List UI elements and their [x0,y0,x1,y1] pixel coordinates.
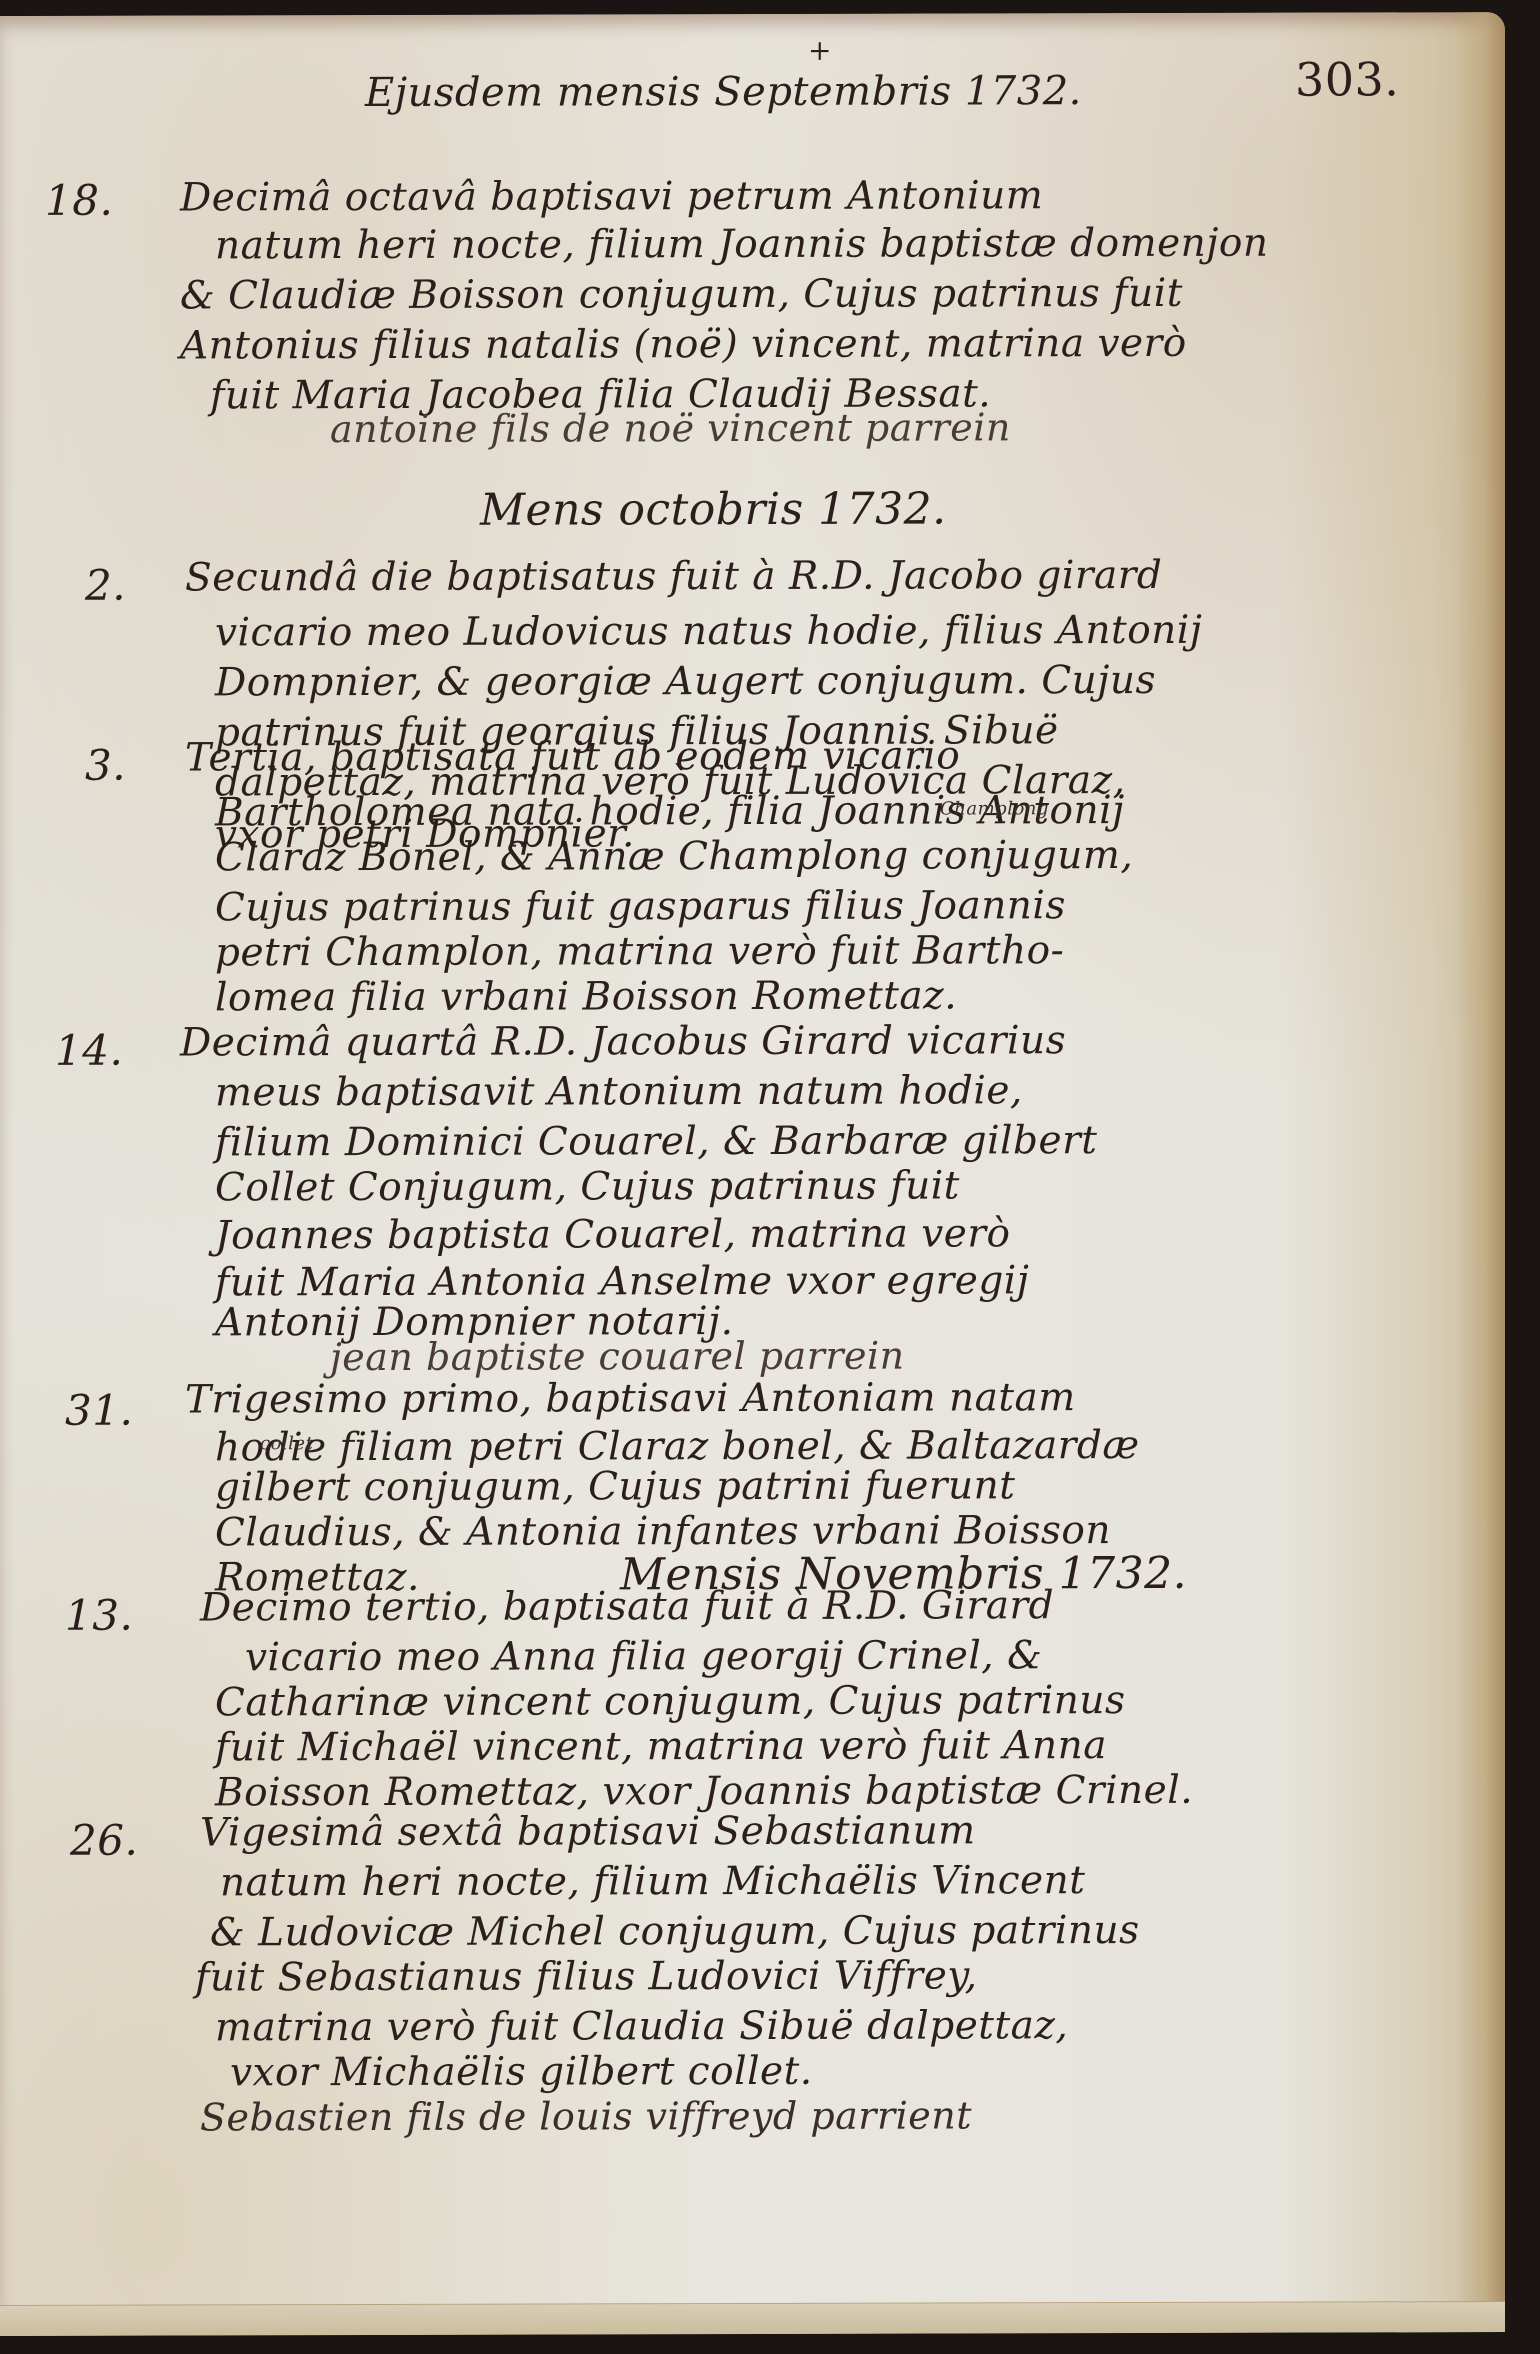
entry-3: 3. Tertia, baptisata fuit ab eodem vicar… [0,12,1505,16]
entry-14: 14. Decimâ quartâ R.D. Jacobus Girard vi… [0,12,1505,16]
page-number: 303. [1295,52,1399,106]
godparent-note: jean baptiste couarel parrein [330,1334,905,1380]
entry-day: 3. [85,741,126,790]
interlinear-insert: collet [260,1433,313,1454]
entry-line: & Claudiæ Boisson conjugum, Cujus patrin… [180,271,1183,319]
entry-line: petri Champlon, matrina verò fuit Bartho… [215,928,1064,975]
entry-line: lomea filia vrbani Boisson Romettaz. [215,973,957,1020]
entry-31: 31. Trigesimo primo, baptisavi Antoniam … [0,12,1505,16]
entry-day: 18. [45,176,113,225]
entry-day: 26. [70,1816,138,1865]
page-edge-stain [1455,12,1505,2332]
entry-day: 13. [65,1591,133,1640]
entry-line: Vigesimâ sextâ baptisavi Sebastianum [200,1808,976,1855]
register-page: + Ejusdem mensis Septembris 1732. 303. 1… [0,12,1505,2336]
godparent-note: antoine fils de noë vincent parrein [330,403,1030,453]
entry-line: Antonius filius natalis (noë) vincent, m… [180,321,1187,369]
entry-line: fuit Maria Antonia Anselme vxor egregij [215,1258,1029,1305]
entry-line: natum heri nocte, filium Michaëlis Vince… [220,1858,1085,1905]
entry-line: & Ludovicæ Michel conjugum, Cujus patrin… [210,1908,1140,1955]
entry-line: Collet Conjugum, Cujus patrinus fuit [215,1163,960,1210]
page-header: Ejusdem mensis Septembris 1732. [365,68,1082,116]
scanned-page-image: + Ejusdem mensis Septembris 1732. 303. 1… [0,0,1540,2354]
entry-line: Decimâ octavâ baptisavi petrum Antonium [180,173,1043,220]
entry-line: vicario meo Anna filia georgij Crinel, & [245,1633,1042,1680]
entry-line: Tertia, baptisata fuit ab eodem vicario [185,733,960,780]
entry-line: Cujus patrinus fuit gasparus filius Joan… [215,883,1066,930]
entry-2: 2. Secundâ die baptisatus fuit à R.D. Ja… [0,12,1505,16]
entry-line: vicario meo Ludovicus natus hodie, filiu… [215,608,1202,656]
entry-line: Decimâ quartâ R.D. Jacobus Girard vicari… [180,1018,1066,1065]
entry-line: Decimo tertio, baptisata fuit à R.D. Gir… [200,1583,1054,1630]
entry-line: Joannes baptista Couarel, matrina verò [215,1211,1010,1258]
page-bottom-fold [0,2301,1505,2336]
entry-day: 31. [65,1386,133,1435]
entry-line: vxor Michaëlis gilbert collet. [230,2049,813,2096]
entry-line: Catharinæ vincent conjugum, Cujus patrin… [215,1678,1126,1725]
entry-line: Trigesimo primo, baptisavi Antoniam nata… [185,1375,1076,1422]
month-heading-october: Mens octobris 1732. [480,483,947,535]
godparent-note: Sebastien fils de louis viffreyd parrien… [200,2093,972,2139]
entry-line: meus baptisavit Antonium natum hodie, [215,1068,1023,1115]
entry-line: Dompnier, & georgiæ Augert conjugum. Cuj… [215,658,1156,705]
entry-line: Claraz Bonel, & Annæ Champlong conjugum, [215,833,1133,880]
entry-line: matrina verò fuit Claudia Sibuë dalpetta… [215,2003,1068,2050]
entry-13: 13. Decimo tertio, baptisata fuit à R.D.… [0,12,1505,16]
entry-line: filium Dominici Couarel, & Barbaræ gilbe… [215,1118,1097,1165]
entry-day: 2. [85,561,126,610]
entry-line: natum heri nocte, filium Joannis baptist… [215,221,1268,269]
entry-line: fuit Michaël vincent, matrina verò fuit … [215,1723,1107,1770]
entry-line: fuit Sebastianus filius Ludovici Viffrey… [195,1953,978,2000]
entry-line: Secundâ die baptisatus fuit à R.D. Jacob… [185,553,1162,601]
entry-day: 14. [55,1026,123,1075]
entry-18: 18. Decimâ octavâ baptisavi petrum Anton… [0,12,1505,16]
entry-line: gilbert conjugum, Cujus patrini fuerunt [215,1463,1015,1510]
header-cross: + [808,34,832,67]
entry-26: 26. Vigesimâ sextâ baptisavi Sebastianum… [0,12,1505,16]
interlinear-insert: Champlong [940,798,1049,819]
